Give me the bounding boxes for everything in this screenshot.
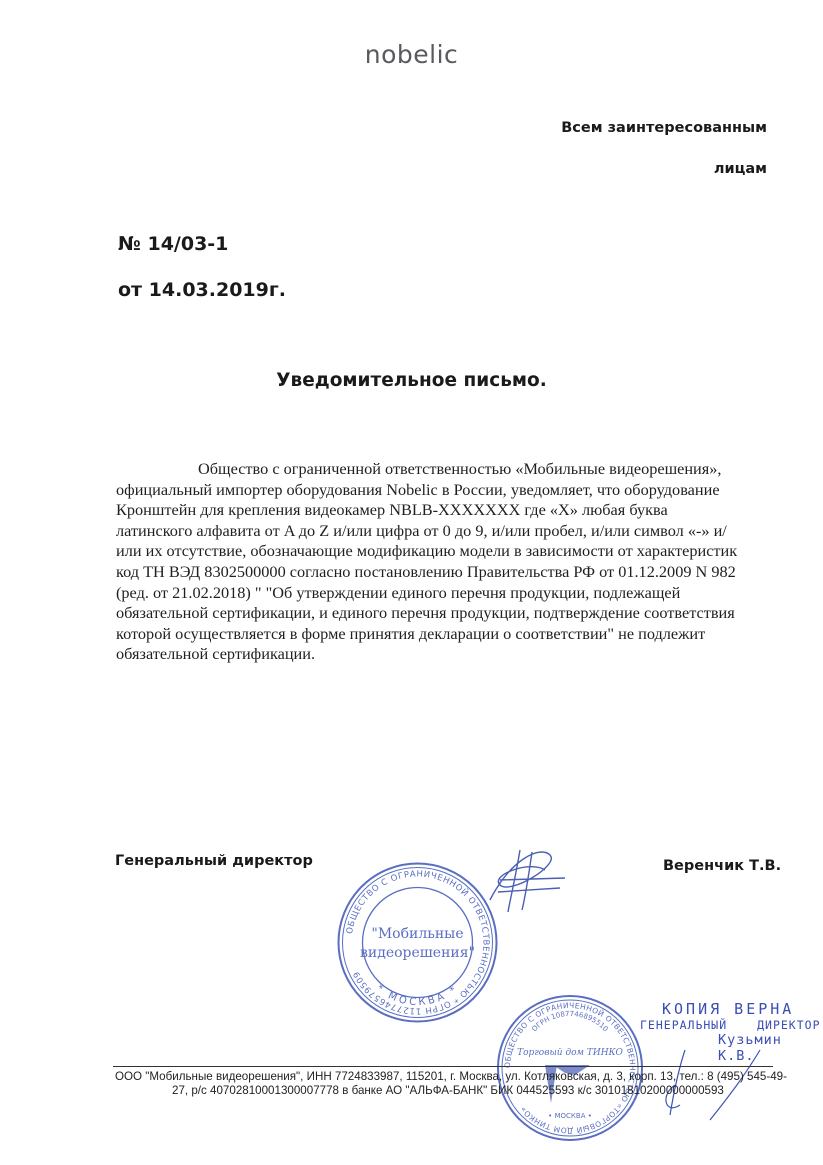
copy-role-left: ГЕНЕРАЛЬНЫЙ xyxy=(640,1018,727,1032)
nobelic-logo: nobelic xyxy=(0,40,823,69)
svg-text:• МОСКВА •: • МОСКВА • xyxy=(548,1112,592,1120)
certification-stamp-icon: ОБЩЕСТВО С ОГРАНИЧЕННОЙ ОТВЕТСТВЕННОСТЬЮ… xyxy=(495,993,645,1143)
copy-title: КОПИЯ ВЕРНА xyxy=(662,1000,823,1018)
addressee-line-1: Всем заинтересованным xyxy=(561,120,767,136)
svg-text:"Мобильные: "Мобильные xyxy=(371,926,463,942)
document-date: от 14.03.2019г. xyxy=(118,279,286,301)
document-body: Общество с ограниченной ответственностью… xyxy=(116,459,746,665)
addressee-line-2: лицам xyxy=(714,161,767,177)
signature-role: Генеральный директор xyxy=(115,853,313,869)
footer-divider xyxy=(113,1066,773,1067)
copy-role: ГЕНЕРАЛЬНЫЙ ДИРЕКТОР xyxy=(640,1018,823,1032)
body-paragraph: Общество с ограниченной ответственностью… xyxy=(116,459,746,665)
company-stamp-icon: ОБЩЕСТВО С ОГРАНИЧЕННОЙ ОТВЕТСТВЕННОСТЬЮ… xyxy=(335,860,500,1025)
svg-text:видеорешения": видеорешения" xyxy=(360,945,475,961)
document-number: № 14/03-1 xyxy=(118,233,228,255)
document-title: Уведомительное письмо. xyxy=(0,370,823,391)
svg-text:ОБЩЕСТВО С ОГРАНИЧЕННОЙ ОТВЕТС: ОБЩЕСТВО С ОГРАНИЧЕННОЙ ОТВЕТСТВЕННОСТЬЮ… xyxy=(345,869,490,1015)
svg-text:Торговый дом ТИНКО: Торговый дом ТИНКО xyxy=(517,1048,623,1058)
footer-requisites-line-1: ООО "Мобильные видеорешения", ИНН 772483… xyxy=(115,1070,787,1083)
footer-requisites-line-2: 27, р/с 40702810001300007778 в банке АО … xyxy=(172,1084,724,1097)
signature-name: Веренчик Т.В. xyxy=(663,858,781,874)
copy-role-right: ДИРЕКТОР xyxy=(757,1018,820,1032)
